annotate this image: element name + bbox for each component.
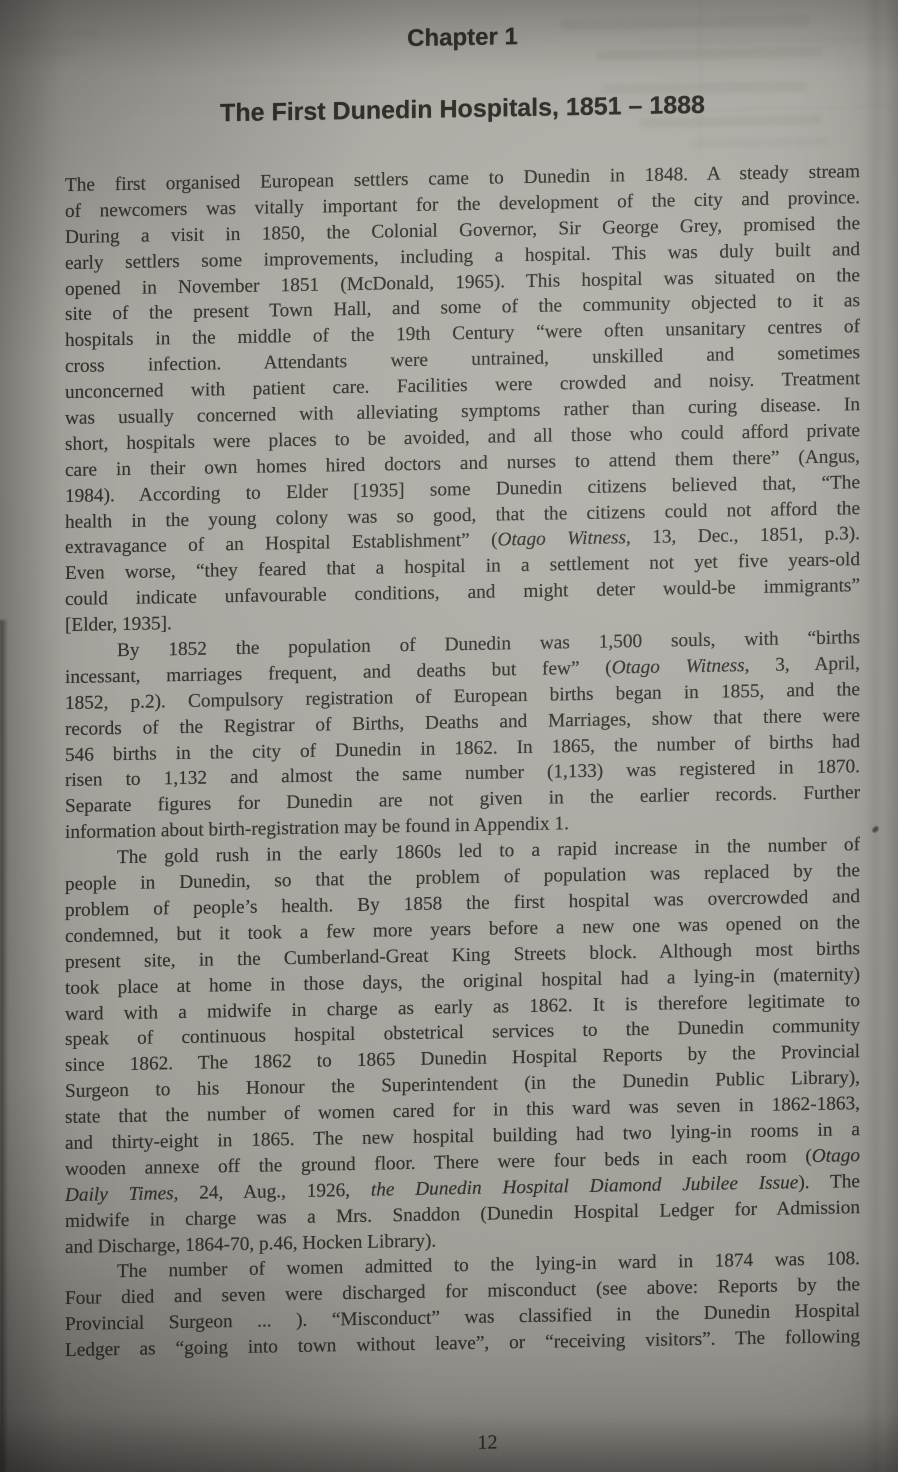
page-content: Chapter 1 The First Dunedin Hospitals, 1… <box>0 0 898 1472</box>
page-gutter-shadow <box>0 620 8 1472</box>
page-number: 12 <box>90 1425 885 1462</box>
book-page-photo: Chapter 1 The First Dunedin Hospitals, 1… <box>0 0 898 1472</box>
showthrough-table-line <box>881 0 883 159</box>
body-text: The first organised European settlers ca… <box>65 159 860 1364</box>
showthrough-text-ghost <box>690 137 830 148</box>
